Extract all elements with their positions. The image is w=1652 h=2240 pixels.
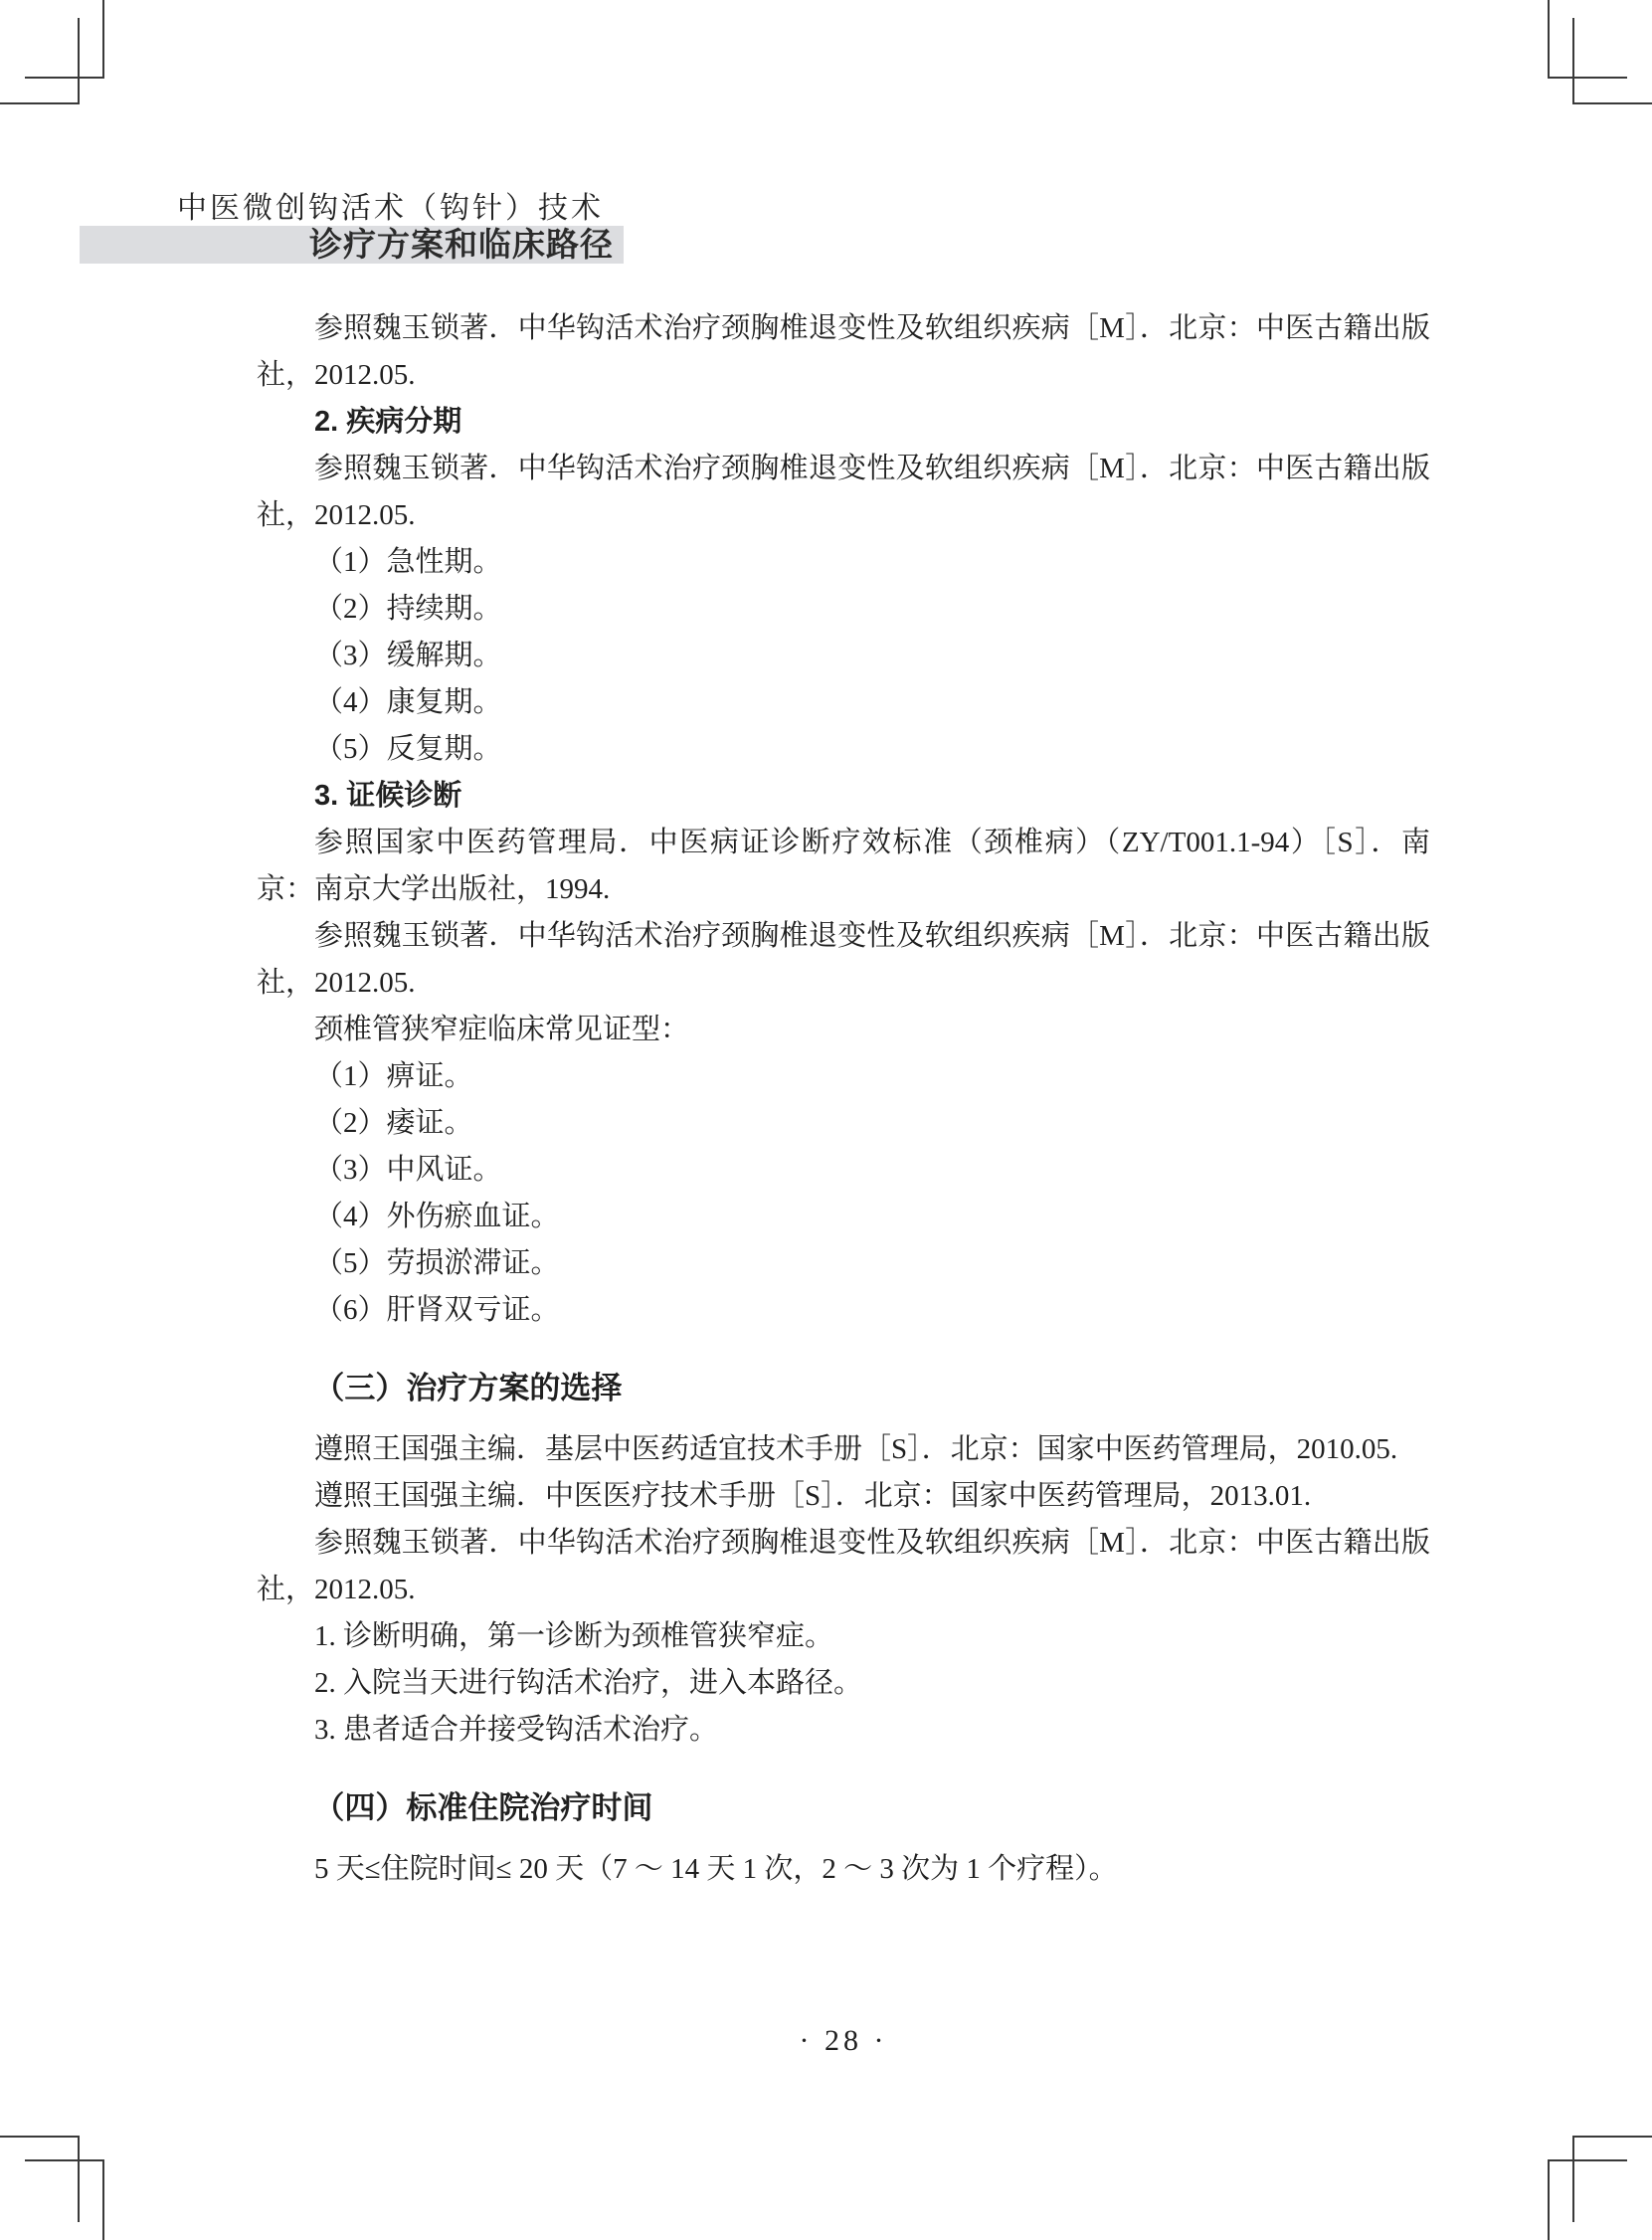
paragraph: 参照魏玉锁著．中华钩活术治疗颈胸椎退变性及软组织疾病［M］．北京：中医古籍出版社… [257, 1520, 1430, 1613]
paragraph: 遵照王国强主编．基层中医药适宜技术手册［S］．北京：国家中医药管理局，2010.… [257, 1426, 1430, 1473]
content: 参照魏玉锁著．中华钩活术治疗颈胸椎退变性及软组织疾病［M］．北京：中医古籍出版社… [257, 305, 1430, 1893]
list-item: （1）急性期。 [257, 539, 1430, 586]
paragraph: 参照国家中医药管理局．中医病证诊断疗效标准（颈椎病）（ZY/T001.1-94）… [257, 820, 1430, 913]
crop-mark-icon [25, 2159, 104, 2240]
list-item: （1）痹证。 [257, 1053, 1430, 1100]
paragraph: 参照魏玉锁著．中华钩活术治疗颈胸椎退变性及软组织疾病［M］．北京：中医古籍出版社… [257, 446, 1430, 539]
page-number: · 28 · [257, 2024, 1430, 2058]
list-item: （5）反复期。 [257, 726, 1430, 773]
list-item: （3）中风证。 [257, 1147, 1430, 1194]
list-item: 颈椎管狭窄症临床常见证型： [257, 1007, 1430, 1053]
list-item: 1. 诊断明确，第一诊断为颈椎管狭窄症。 [257, 1613, 1430, 1660]
list-item: （4）康复期。 [257, 679, 1430, 726]
sub-heading: 3. 证候诊断 [257, 773, 1430, 820]
list-item: （2）持续期。 [257, 586, 1430, 633]
book-title: 中医微创钩活术（钩针）技术 [80, 183, 624, 227]
list-item: （4）外伤瘀血证。 [257, 1194, 1430, 1240]
crop-mark-icon [0, 18, 80, 104]
list-item: 5 天≤住院时间≤ 20 天（7 ～ 14 天 1 次，2 ～ 3 次为 1 个… [257, 1846, 1430, 1893]
crop-mark-icon [1572, 18, 1652, 104]
section-heading: （四）标准住院治疗时间 [257, 1784, 1430, 1831]
list-item: 3. 患者适合并接受钩活术治疗。 [257, 1707, 1430, 1754]
paragraph: 遵照王国强主编．中医医疗技术手册［S］．北京：国家中医药管理局，2013.01. [257, 1473, 1430, 1520]
list-item: 2. 入院当天进行钩活术治疗，进入本路径。 [257, 1660, 1430, 1707]
paragraph: 参照魏玉锁著．中华钩活术治疗颈胸椎退变性及软组织疾病［M］．北京：中医古籍出版社… [257, 305, 1430, 399]
document-page: 中医微创钩活术（钩针）技术 诊疗方案和临床路径 参照魏玉锁著．中华钩活术治疗颈胸… [0, 0, 1652, 2240]
chapter-banner: 诊疗方案和临床路径 [80, 226, 624, 264]
list-item: （3）缓解期。 [257, 633, 1430, 679]
sub-heading: 2. 疾病分期 [257, 399, 1430, 446]
list-item: （5）劳损淤滞证。 [257, 1240, 1430, 1287]
list-item: （2）痿证。 [257, 1100, 1430, 1147]
crop-mark-icon [1548, 2159, 1627, 2240]
section-heading: （三）治疗方案的选择 [257, 1365, 1430, 1411]
list-item: （6）肝肾双亏证。 [257, 1287, 1430, 1334]
paragraph: 参照魏玉锁著．中华钩活术治疗颈胸椎退变性及软组织疾病［M］．北京：中医古籍出版社… [257, 913, 1430, 1007]
